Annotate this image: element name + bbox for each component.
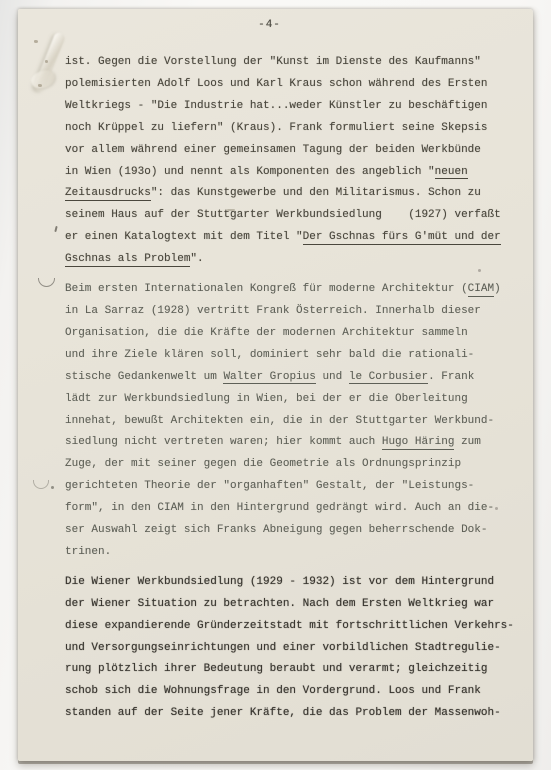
scan-background: { "page": { "number_label": "-4-", "colo… (0, 0, 551, 770)
text-line: Gschnas als Problem". (65, 249, 527, 271)
text-line: in La Sarraz (1928) vertritt Frank Öster… (65, 301, 527, 323)
text-line: gerichteten Theorie der "organhaften" Ge… (65, 476, 527, 498)
paragraph: Die Wiener Werkbundsiedlung (1929 - 1932… (65, 572, 527, 725)
text-line: diese expandierende Gründerzeitstadt mit… (65, 616, 527, 638)
text-line: Zeitausdrucks": das Kunstgewerbe und den… (65, 183, 527, 205)
text-line: innehat, bewußt Architekten ein, die in … (65, 411, 527, 433)
text-line: er einen Katalogtext mit dem Titel "Der … (65, 227, 527, 249)
text-line: vor allem während einer gemeinsamen Tagu… (65, 140, 527, 162)
text-line: trinen. (65, 542, 527, 564)
pencil-tick-mark (54, 226, 57, 232)
text-line: ser Auswahl zeigt sich Franks Abneigung … (65, 520, 527, 542)
text-line: siedlung nicht vertreten waren; hier kom… (65, 432, 527, 454)
typewritten-text: ist. Gegen die Vorstellung der "Kunst im… (65, 52, 527, 725)
text-line: noch Krüppel zu liefern" (Kraus). Frank … (65, 118, 527, 140)
crease-speck (34, 40, 38, 43)
pencil-curve-mark (33, 480, 49, 489)
text-line: form", in den CIAM in den Hintergrund ge… (65, 498, 527, 520)
text-line: der Wiener Situation zu betrachten. Nach… (65, 594, 527, 616)
text-line: und Versorgungseinrichtungen und einer v… (65, 638, 527, 660)
text-line: schob sich die Wohnungsfrage in den Vord… (65, 681, 527, 703)
text-line: Organisation, die die Kräfte der moderne… (65, 323, 527, 345)
text-line: rung plötzlich ihrer Bedeutung beraubt u… (65, 659, 527, 681)
text-line: stische Gedankenwelt um Walter Gropius u… (65, 367, 527, 389)
text-line: standen auf der Seite jener Kräfte, die … (65, 703, 527, 725)
text-line: in Wien (193o) und nennt als Komponenten… (65, 162, 527, 184)
text-line: Beim ersten Internationalen Kongreß für … (65, 279, 527, 301)
text-line: Zuge, der mit seiner gegen die Geometrie… (65, 454, 527, 476)
crease-speck (38, 84, 42, 87)
paragraph: Beim ersten Internationalen Kongreß für … (65, 279, 527, 564)
document-page: -4- ist. Gegen die Vorstellung der "Kuns… (18, 9, 533, 761)
text-line: seinem Haus auf der Stuttgarter Werkbund… (65, 205, 527, 227)
text-line: Weltkriegs - "Die Industrie hat...weder … (65, 96, 527, 118)
crease-speck (45, 60, 48, 63)
text-line: polemisierten Adolf Loos und Karl Kraus … (65, 74, 527, 96)
pencil-curve-mark (38, 278, 55, 287)
pencil-dot-mark (51, 486, 54, 489)
text-line: und ihre Ziele klären soll, dominiert se… (65, 345, 527, 367)
text-line: ist. Gegen die Vorstellung der "Kunst im… (65, 52, 527, 74)
paragraph: ist. Gegen die Vorstellung der "Kunst im… (65, 52, 527, 271)
page-number: -4- (18, 19, 521, 31)
text-line: lädt zur Werkbundsiedlung in Wien, bei d… (65, 389, 527, 411)
text-line: Die Wiener Werkbundsiedlung (1929 - 1932… (65, 572, 527, 594)
